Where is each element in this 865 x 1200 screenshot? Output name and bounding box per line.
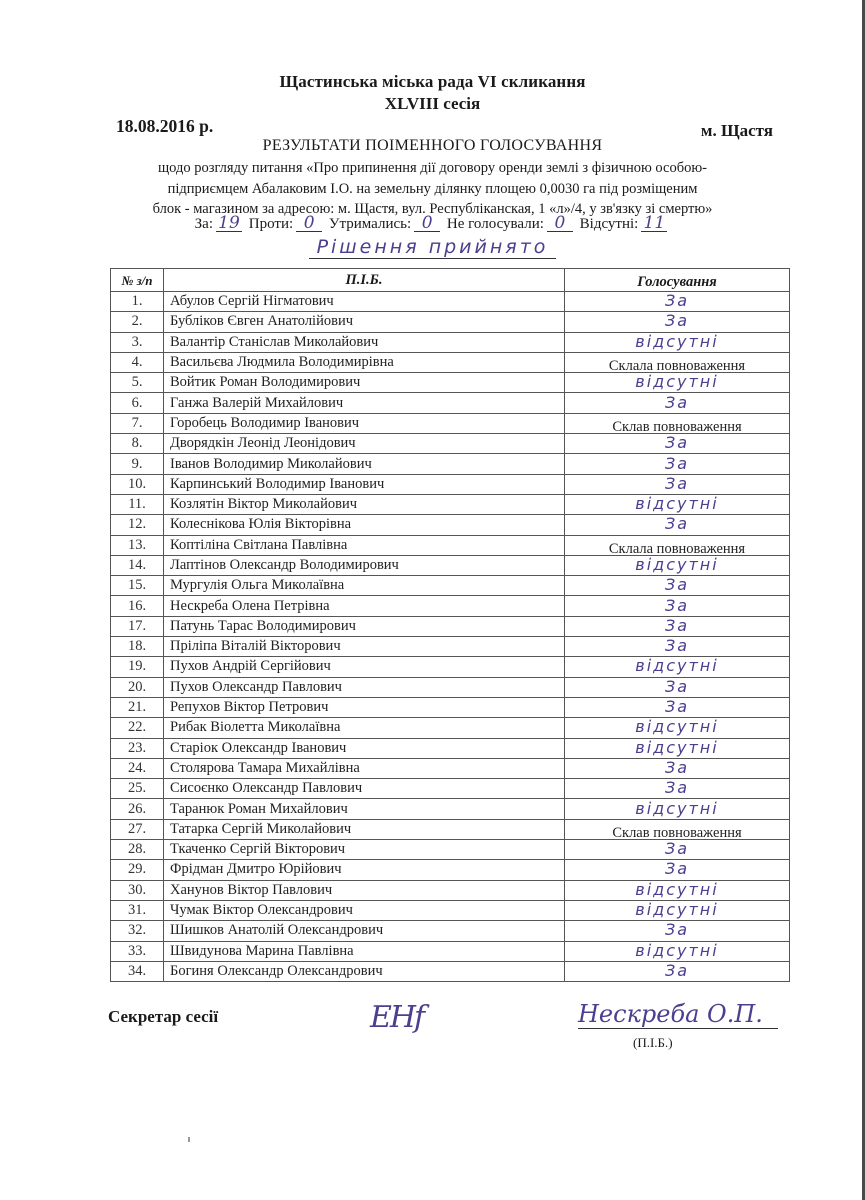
table-row: 7.Горобець Володимир ІвановичСклав повно… <box>111 413 790 433</box>
table-row: 25.Сисоєнко Олександр ПавловичЗа <box>111 779 790 799</box>
vote-cell: За <box>565 434 790 454</box>
vote-value: За <box>665 311 689 330</box>
deputy-name: Мургулія Ольга Миколаївна <box>164 576 565 596</box>
row-number: 31. <box>111 900 164 920</box>
vote-cell: За <box>565 616 790 636</box>
vote-cell: За <box>565 961 790 981</box>
vote-cell: За <box>565 474 790 494</box>
deputy-name: Татарка Сергій Миколайович <box>164 819 565 839</box>
vote-cell: відсутні <box>565 900 790 920</box>
table-row: 10.Карпинський Володимир ІвановичЗа <box>111 474 790 494</box>
column-header-vote: Голосування <box>565 269 790 292</box>
row-number: 4. <box>111 352 164 372</box>
table-row: 12.Колеснікова Юлія ВікторівнаЗа <box>111 515 790 535</box>
column-header-name: П.І.Б. <box>164 269 565 292</box>
row-number: 30. <box>111 880 164 900</box>
row-number: 1. <box>111 292 164 312</box>
row-number: 33. <box>111 941 164 961</box>
vote-value: відсутні <box>635 494 718 513</box>
table-row: 22.Рибак Віолетта Миколаївнавідсутні <box>111 718 790 738</box>
for-count: 19 <box>216 216 242 232</box>
vote-value: Склала повноваження <box>609 541 745 557</box>
vote-value: За <box>665 920 689 939</box>
vote-value: Склала повноваження <box>609 358 745 374</box>
vote-cell: За <box>565 697 790 717</box>
table-row: 13.Коптіліна Світлана ПавлівнаСклала пов… <box>111 535 790 555</box>
row-number: 16. <box>111 596 164 616</box>
vote-cell: За <box>565 677 790 697</box>
deputy-name: Сисоєнко Олександр Павлович <box>164 779 565 799</box>
vote-value: За <box>665 616 689 635</box>
against-label: Проти: <box>249 216 293 232</box>
vote-value: За <box>665 393 689 412</box>
deputy-name: Горобець Володимир Іванович <box>164 413 565 433</box>
vote-cell: За <box>565 454 790 474</box>
vote-cell: відсутні <box>565 555 790 575</box>
table-row: 28.Ткаченко Сергій ВікторовичЗа <box>111 840 790 860</box>
vote-value: За <box>665 575 689 594</box>
deputy-name: Нескреба Олена Петрівна <box>164 596 565 616</box>
row-number: 5. <box>111 373 164 393</box>
vote-value: відсутні <box>635 941 718 960</box>
deputy-name: Пухов Андрій Сергійович <box>164 657 565 677</box>
vote-value: відсутні <box>635 799 718 818</box>
subject-line: підприємцем Абалаковим І.О. на земельну … <box>0 179 865 200</box>
table-row: 33.Швидунова Марина Павлівнавідсутні <box>111 941 790 961</box>
vote-value: відсутні <box>635 900 718 919</box>
deputy-name: Козлятін Віктор Миколайович <box>164 494 565 514</box>
deputy-name: Ханунов Віктор Павлович <box>164 880 565 900</box>
vote-value: За <box>665 474 689 493</box>
deputy-name: Рибак Віолетта Миколаївна <box>164 718 565 738</box>
table-row: 5.Войтик Роман Володимировичвідсутні <box>111 373 790 393</box>
table-row: 18.Пріліпа Віталій ВікторовичЗа <box>111 637 790 657</box>
vote-value: За <box>665 697 689 716</box>
row-number: 32. <box>111 921 164 941</box>
row-number: 24. <box>111 758 164 778</box>
table-row: 27.Татарка Сергій МиколайовичСклав повно… <box>111 819 790 839</box>
vote-value: відсутні <box>635 332 718 351</box>
vote-value: Склав повноваження <box>612 825 741 841</box>
decision-note: Рішення прийнято <box>0 236 865 258</box>
vote-cell: відсутні <box>565 332 790 352</box>
vote-value: За <box>665 859 689 878</box>
table-row: 20.Пухов Олександр ПавловичЗа <box>111 677 790 697</box>
deputy-name: Столярова Тамара Михайлівна <box>164 758 565 778</box>
vote-cell: За <box>565 292 790 312</box>
vote-value: За <box>665 758 689 777</box>
vote-cell: За <box>565 312 790 332</box>
row-number: 22. <box>111 718 164 738</box>
row-number: 10. <box>111 474 164 494</box>
table-row: 16.Нескреба Олена ПетрівнаЗа <box>111 596 790 616</box>
deputy-name: Чумак Віктор Олександрович <box>164 900 565 920</box>
vote-cell: відсутні <box>565 373 790 393</box>
row-number: 9. <box>111 454 164 474</box>
name-caption: (П.І.Б.) <box>633 1035 673 1051</box>
row-number: 29. <box>111 860 164 880</box>
abstained-label: Утримались: <box>329 216 411 232</box>
vote-value: За <box>665 514 689 533</box>
table-row: 2.Бубліков Євген АнатолійовичЗа <box>111 312 790 332</box>
vote-cell: Склала повноваження <box>565 352 790 372</box>
deputy-name: Фрідман Дмитро Юрійович <box>164 860 565 880</box>
table-row: 14.Лаптінов Олександр Володимировичвідсу… <box>111 555 790 575</box>
table-row: 1.Абулов Сергій НігматовичЗа <box>111 292 790 312</box>
deputy-name: Ткаченко Сергій Вікторович <box>164 840 565 860</box>
table-row: 21.Репухов Віктор ПетровичЗа <box>111 697 790 717</box>
abstained-count: 0 <box>414 216 440 232</box>
table-row: 34.Богиня Олександр ОлександровичЗа <box>111 961 790 981</box>
absent-label: Відсутні: <box>580 216 639 232</box>
row-number: 2. <box>111 312 164 332</box>
vote-cell: За <box>565 758 790 778</box>
vote-value: Склав повноваження <box>612 419 741 435</box>
deputy-name: Пріліпа Віталій Вікторович <box>164 637 565 657</box>
deputy-name: Валантір Станіслав Миколайович <box>164 332 565 352</box>
row-number: 6. <box>111 393 164 413</box>
scan-speck <box>188 1137 190 1142</box>
row-number: 14. <box>111 555 164 575</box>
deputy-name: Таранюк Роман Михайлович <box>164 799 565 819</box>
deputy-name: Ганжа Валерій Михайлович <box>164 393 565 413</box>
vote-cell: За <box>565 921 790 941</box>
row-number: 7. <box>111 413 164 433</box>
row-number: 25. <box>111 779 164 799</box>
vote-cell: Склав повноваження <box>565 413 790 433</box>
row-number: 19. <box>111 657 164 677</box>
vote-value: За <box>665 961 689 980</box>
row-number: 27. <box>111 819 164 839</box>
table-row: 6.Ганжа Валерій МихайловичЗа <box>111 393 790 413</box>
vote-cell: відсутні <box>565 494 790 514</box>
deputy-name: Шишков Анатолій Олександрович <box>164 921 565 941</box>
vote-cell: Склав повноваження <box>565 819 790 839</box>
table-row: 3.Валантір Станіслав Миколайовичвідсутні <box>111 332 790 352</box>
vote-value: За <box>665 636 689 655</box>
vote-value: відсутні <box>635 656 718 675</box>
deputy-name: Лаптінов Олександр Володимирович <box>164 555 565 575</box>
table-row: 24.Столярова Тамара МихайлівнаЗа <box>111 758 790 778</box>
table-row: 15.Мургулія Ольга МиколаївнаЗа <box>111 576 790 596</box>
decision-text: Рішення прийнято <box>309 236 557 259</box>
deputy-name: Войтик Роман Володимирович <box>164 373 565 393</box>
vote-value: відсутні <box>635 880 718 899</box>
vote-cell: відсутні <box>565 718 790 738</box>
vote-cell: За <box>565 515 790 535</box>
row-number: 13. <box>111 535 164 555</box>
deputy-name: Васильєва Людмила Володимирівна <box>164 352 565 372</box>
vote-value: За <box>665 433 689 452</box>
row-number: 18. <box>111 637 164 657</box>
vote-value: За <box>665 291 689 310</box>
vote-value: За <box>665 454 689 473</box>
roll-call-table: № з/п П.І.Б. Голосування 1.Абулов Сергій… <box>110 268 790 982</box>
vote-cell: відсутні <box>565 880 790 900</box>
deputy-name: Богиня Олександр Олександрович <box>164 961 565 981</box>
secretary-signature: ЕНf <box>370 1000 423 1035</box>
column-header-number: № з/п <box>111 269 164 292</box>
deputy-name: Абулов Сергій Нігматович <box>164 292 565 312</box>
vote-value: За <box>665 677 689 696</box>
vote-value: За <box>665 778 689 797</box>
deputy-name: Карпинський Володимир Іванович <box>164 474 565 494</box>
document-date: 18.08.2016 р. <box>116 116 213 137</box>
row-number: 26. <box>111 799 164 819</box>
secretary-name-handwritten: Нескреба О.П. <box>578 1000 778 1029</box>
vote-cell: відсутні <box>565 941 790 961</box>
row-number: 34. <box>111 961 164 981</box>
row-number: 3. <box>111 332 164 352</box>
deputy-name: Репухов Віктор Петрович <box>164 697 565 717</box>
deputy-name: Колеснікова Юлія Вікторівна <box>164 515 565 535</box>
against-count: 0 <box>296 216 322 232</box>
table-row: 19.Пухов Андрій Сергійовичвідсутні <box>111 657 790 677</box>
row-number: 21. <box>111 697 164 717</box>
subject-line: щодо розгляду питання «Про припинення ді… <box>0 158 865 179</box>
deputy-name: Старіок Олександр Іванович <box>164 738 565 758</box>
vote-value: За <box>665 596 689 615</box>
deputy-name: Бубліков Євген Анатолійович <box>164 312 565 332</box>
deputy-name: Коптіліна Світлана Павлівна <box>164 535 565 555</box>
table-row: 11.Козлятін Віктор Миколайовичвідсутні <box>111 494 790 514</box>
vote-cell: відсутні <box>565 799 790 819</box>
row-number: 23. <box>111 738 164 758</box>
row-number: 12. <box>111 515 164 535</box>
vote-cell: За <box>565 779 790 799</box>
vote-counts: За:19 Проти:0 Утримались:0 Не голосували… <box>0 216 865 233</box>
deputy-name: Дворядкін Леонід Леонідович <box>164 434 565 454</box>
row-number: 20. <box>111 677 164 697</box>
table-row: 30.Ханунов Віктор Павловичвідсутні <box>111 880 790 900</box>
deputy-name: Пухов Олександр Павлович <box>164 677 565 697</box>
council-name: Щастинська міська рада VI скликання <box>0 72 865 92</box>
row-number: 17. <box>111 616 164 636</box>
deputy-name: Іванов Володимир Миколайович <box>164 454 565 474</box>
vote-value: відсутні <box>635 717 718 736</box>
results-title: РЕЗУЛЬТАТИ ПОІМЕННОГО ГОЛОСУВАННЯ <box>0 137 865 155</box>
table-row: 29.Фрідман Дмитро ЮрійовичЗа <box>111 860 790 880</box>
vote-cell: відсутні <box>565 738 790 758</box>
deputy-name: Швидунова Марина Павлівна <box>164 941 565 961</box>
vote-subject: щодо розгляду питання «Про припинення ді… <box>0 158 865 220</box>
secretary-label: Секретар сесії <box>108 1007 218 1027</box>
vote-cell: За <box>565 596 790 616</box>
table-row: 4.Васильєва Людмила ВолодимирівнаСклала … <box>111 352 790 372</box>
vote-cell: відсутні <box>565 657 790 677</box>
vote-cell: За <box>565 637 790 657</box>
vote-value: відсутні <box>635 555 718 574</box>
vote-value: відсутні <box>635 372 718 391</box>
for-label: За: <box>195 216 213 232</box>
table-body: 1.Абулов Сергій НігматовичЗа2.Бубліков Є… <box>111 292 790 982</box>
session-number: XLVIII сесія <box>0 94 865 114</box>
vote-value: За <box>665 839 689 858</box>
table-row: 26.Таранюк Роман Михайловичвідсутні <box>111 799 790 819</box>
table-row: 17.Патунь Тарас ВолодимировичЗа <box>111 616 790 636</box>
table-row: 32.Шишков Анатолій ОлександровичЗа <box>111 921 790 941</box>
vote-cell: За <box>565 840 790 860</box>
table-row: 23.Старіок Олександр Івановичвідсутні <box>111 738 790 758</box>
row-number: 11. <box>111 494 164 514</box>
deputy-name: Патунь Тарас Володимирович <box>164 616 565 636</box>
table-row: 8.Дворядкін Леонід ЛеонідовичЗа <box>111 434 790 454</box>
vote-cell: Склала повноваження <box>565 535 790 555</box>
row-number: 28. <box>111 840 164 860</box>
not-voted-count: 0 <box>547 216 573 232</box>
row-number: 15. <box>111 576 164 596</box>
table-row: 31.Чумак Віктор Олександровичвідсутні <box>111 900 790 920</box>
vote-cell: За <box>565 576 790 596</box>
vote-cell: За <box>565 393 790 413</box>
table-row: 9.Іванов Володимир МиколайовичЗа <box>111 454 790 474</box>
vote-cell: За <box>565 860 790 880</box>
not-voted-label: Не голосували: <box>447 216 544 232</box>
table-header-row: № з/п П.І.Б. Голосування <box>111 269 790 292</box>
absent-count: 11 <box>641 216 667 232</box>
row-number: 8. <box>111 434 164 454</box>
vote-value: відсутні <box>635 738 718 757</box>
